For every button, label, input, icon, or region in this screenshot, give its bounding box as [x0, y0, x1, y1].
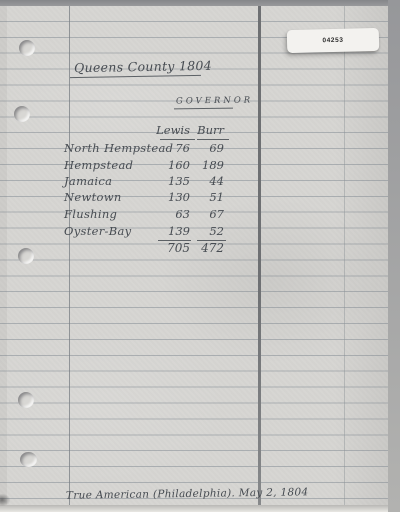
town-name: Hempstead — [64, 158, 133, 172]
catalog-number: 04253 — [322, 37, 343, 45]
lewis-header-underline — [160, 139, 195, 140]
burr-value: 44 — [186, 174, 224, 188]
punch-hole — [18, 392, 34, 408]
town-name: Oyster-Bay — [64, 224, 131, 238]
catalog-sticker: 04253 — [287, 28, 380, 53]
burr-value: 51 — [186, 190, 224, 204]
lewis-value: 76 — [146, 141, 190, 155]
table-row: Hempstead 160 189 — [0, 158, 388, 175]
lewis-value: 130 — [146, 190, 190, 204]
burr-total: 472 — [186, 241, 224, 255]
scanned-ledger-page: 04253 Queens County 1804 GOVERNOR Lewis … — [0, 0, 400, 512]
punch-hole — [19, 40, 35, 56]
town-name: Flushing — [64, 207, 117, 221]
lewis-total: 705 — [146, 241, 190, 255]
table-row: North Hempstead 76 69 — [0, 141, 388, 158]
burr-value: 67 — [186, 207, 224, 221]
scan-edge-right — [388, 0, 400, 512]
table-row: Jamaica 135 44 — [0, 174, 388, 191]
lewis-value: 139 — [146, 224, 190, 238]
column-header-lewis: Lewis — [146, 123, 190, 137]
punch-hole — [20, 452, 37, 467]
table-row: Flushing 63 67 — [0, 207, 388, 224]
burr-value: 189 — [186, 158, 224, 172]
burr-value: 69 — [186, 141, 224, 155]
scan-edge-bottom — [0, 505, 388, 512]
lewis-value: 135 — [146, 174, 190, 188]
burr-value: 52 — [186, 224, 224, 238]
scan-edge-top — [0, 0, 400, 6]
totals-row: 705 472 — [0, 241, 388, 258]
scan-smudge — [0, 494, 10, 506]
lewis-value: 63 — [146, 207, 190, 221]
town-name: Newtown — [64, 190, 122, 204]
column-header-burr: Burr — [186, 123, 224, 137]
burr-header-underline — [197, 139, 229, 140]
town-name: Jamaica — [64, 174, 112, 188]
page-title: Queens County 1804 — [74, 58, 212, 75]
punch-hole — [14, 106, 30, 122]
lewis-value: 160 — [146, 158, 190, 172]
column-headers: Lewis Burr — [0, 123, 388, 140]
table-row: Newtown 130 51 — [0, 190, 388, 207]
office-heading: GOVERNOR — [176, 95, 253, 106]
table-row: Oyster-Bay 139 52 — [0, 224, 388, 241]
